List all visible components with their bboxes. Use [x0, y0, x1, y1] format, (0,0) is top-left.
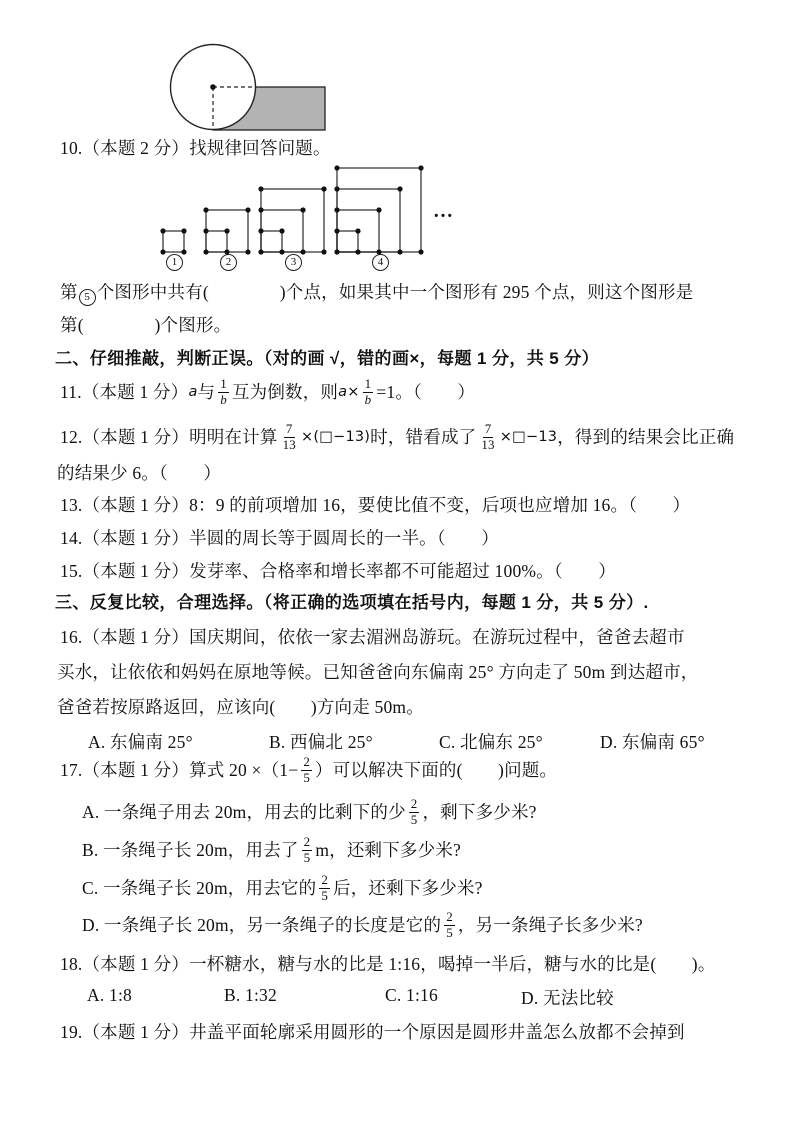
- q12-fraction-1: 713: [281, 422, 298, 453]
- q12-math-expression-1: ×(□−13): [301, 426, 370, 448]
- q17-option-b-tail: m，还剩下多少米?: [315, 839, 461, 861]
- q11-frac2-denominator: b: [363, 393, 374, 408]
- q17-optd-numerator: 2: [444, 910, 455, 926]
- circled-5: 5: [79, 289, 96, 306]
- figure-label-3-text: 3: [291, 257, 297, 268]
- q11-text-1: 与: [198, 381, 216, 403]
- q11-variable-a: a: [188, 381, 197, 403]
- figure-label-1: 1: [166, 254, 183, 271]
- figure-label-2: 2: [220, 254, 237, 271]
- q17-option-c-fraction: 25: [319, 873, 330, 904]
- figure-label-3: 3: [285, 254, 302, 271]
- section-3-heading: 三、反复比较，合理选择。（将正确的选项填在括号内，每题 1 分，共 5 分）.: [55, 592, 649, 614]
- question-16-options: A. 东偏南 25° B. 西偏北 25° C. 北偏东 25° D. 东偏南 …: [88, 729, 705, 754]
- q11-text-2: 互为倒数，则: [232, 381, 338, 403]
- q17-option-c-tail: 后，还剩下多少米?: [333, 877, 483, 899]
- question-11: 11.（本题 1 分）a 与1b互为倒数，则 a×1b=1。（ ）: [60, 374, 475, 410]
- q17-option-b-fraction: 25: [302, 835, 313, 866]
- question-18-options: A. 1:8 B. 1:32 C. 1:16 D. 无法比较: [87, 985, 614, 1010]
- q17-fraction: 25: [301, 755, 312, 786]
- q17-optd-denominator: 5: [444, 926, 455, 941]
- q11-fraction-1: 1b: [218, 377, 229, 408]
- q17-option-a-tail: ，剩下多少米?: [422, 801, 536, 823]
- q12-frac2-numerator: 7: [483, 422, 494, 438]
- q11-frac1-numerator: 1: [218, 377, 229, 393]
- figure-label-4: 4: [372, 254, 389, 271]
- question-10-header: 10.（本题 2 分）找规律回答问题。: [60, 137, 331, 159]
- question-10-blank-line-1: 第5个图形中共有( )个点，如果其中一个图形有 295 个点，则这个图形是: [60, 281, 693, 306]
- question-12-line-1: 12.（本题 1 分）明明在计算713×(□−13)时，错看成了713×□−13…: [60, 419, 734, 455]
- q18-option-b: B. 1:32: [224, 985, 385, 1010]
- q17-option-b: B. 一条绳子长 20m，用去了25m，还剩下多少米?: [82, 832, 461, 868]
- q12-text-tail: ，得到的结果会比正确: [557, 426, 734, 448]
- q17-option-d-fraction: 25: [444, 910, 455, 941]
- q17-option-b-text: B. 一条绳子长 20m，用去了: [82, 839, 299, 861]
- q11-fraction-2: 1b: [363, 377, 374, 408]
- q17-option-d-text: D. 一条绳子长 20m，另一条绳子的长度是它的: [82, 914, 441, 936]
- q11-prefix: 11.（本题 1 分）: [60, 381, 188, 403]
- q11-times-sign: ×: [347, 381, 359, 403]
- question-14: 14.（本题 1 分）半圆的周长等于圆周长的一半。（ ）: [60, 527, 499, 549]
- q12-frac1-numerator: 7: [284, 422, 295, 438]
- question-13: 13.（本题 1 分）8：9 的前项增加 16，要使比值不变，后项也应增加 16…: [60, 494, 690, 516]
- q17-prefix: 17.（本题 1 分）算式 20 ×（1−: [60, 759, 298, 781]
- q17-option-d-tail: ，另一条绳子长多少米?: [458, 914, 643, 936]
- q17-option-a-text: A. 一条绳子用去 20m，用去的比剩下的少: [82, 801, 406, 823]
- circled-5-text: 5: [84, 292, 90, 303]
- question-18: 18.（本题 1 分）一杯糖水，糖与水的比是 1:16，喝掉一半后，糖与水的比是…: [60, 953, 716, 975]
- q18-option-d: D. 无法比较: [521, 985, 614, 1010]
- blank1-post-text: 个图形中共有( )个点，如果其中一个图形有 295 个点，则这个图形是: [97, 282, 694, 302]
- pattern-squares: [163, 168, 421, 252]
- question-16-line-3: 爸爸若按原路返回，应该向( )方向走 50m。: [57, 696, 424, 718]
- q11-frac2-numerator: 1: [363, 377, 374, 393]
- q12-frac2-denominator: 13: [479, 438, 496, 453]
- q16-option-b: B. 西偏北 25°: [269, 729, 439, 754]
- question-15: 15.（本题 1 分）发芽率、合格率和增长率都不可能超过 100%。（ ）: [60, 560, 616, 582]
- q16-option-a: A. 东偏南 25°: [88, 729, 269, 754]
- q17-opta-denominator: 5: [409, 813, 420, 828]
- q12-frac1-denominator: 13: [281, 438, 298, 453]
- section-2-heading: 二、仔细推敲，判断正误。（对的画 √，错的画×，每题 1 分，共 5 分）: [55, 348, 599, 370]
- pattern-continues-ellipsis: …: [433, 200, 454, 223]
- q11-suffix: =1。（ ）: [376, 381, 475, 403]
- q17-optb-denominator: 5: [302, 851, 313, 866]
- circle-rectangle-diagram: [168, 42, 328, 134]
- q11-variable-a-2: a: [338, 381, 347, 403]
- q12-text-middle: 时，错看成了: [370, 426, 476, 448]
- q17-option-c-text: C. 一条绳子长 20m，用去它的: [82, 877, 316, 899]
- question-17-header: 17.（本题 1 分）算式 20 ×（1−25）可以解决下面的( )问题。: [60, 752, 557, 788]
- exam-paper-page: 10.（本题 2 分）找规律回答问题。: [0, 0, 793, 1122]
- figure-label-2-text: 2: [226, 257, 232, 268]
- q18-option-c: C. 1:16: [385, 985, 521, 1010]
- q17-optb-numerator: 2: [302, 835, 313, 851]
- circle-overlap-rectangle-figure: [168, 42, 328, 134]
- q17-option-a: A. 一条绳子用去 20m，用去的比剩下的少25，剩下多少米?: [82, 794, 537, 830]
- q16-option-d: D. 东偏南 65°: [600, 729, 705, 754]
- q17-optc-denominator: 5: [319, 889, 330, 904]
- q18-option-a: A. 1:8: [87, 985, 224, 1010]
- q17-frac-denominator: 5: [301, 771, 312, 786]
- q17-suffix: ）可以解决下面的( )问题。: [315, 759, 557, 781]
- q16-option-c: C. 北偏东 25°: [439, 729, 600, 754]
- q17-option-c: C. 一条绳子长 20m，用去它的25后，还剩下多少米?: [82, 870, 483, 906]
- q12-math-expression-2: ×□−13: [500, 426, 557, 448]
- figure-label-1-text: 1: [172, 257, 178, 268]
- q17-opta-numerator: 2: [409, 797, 420, 813]
- q17-optc-numerator: 2: [319, 873, 330, 889]
- q12-prefix: 12.（本题 1 分）明明在计算: [60, 426, 278, 448]
- question-16-line-1: 16.（本题 1 分）国庆期间，依依一家去湄洲岛游玩。在游玩过程中，爸爸去超市: [60, 626, 685, 648]
- question-16-line-2: 买水，让依依和妈妈在原地等候。已知爸爸向东偏南 25° 方向走了 50m 到达超…: [57, 661, 699, 683]
- q17-frac-numerator: 2: [301, 755, 312, 771]
- q11-frac1-denominator: b: [218, 393, 229, 408]
- q17-option-d: D. 一条绳子长 20m，另一条绳子的长度是它的25，另一条绳子长多少米?: [82, 907, 643, 943]
- nested-squares-dot-diagram: [155, 164, 455, 260]
- dot-pattern-figure: 1 2 3 4 …: [155, 164, 465, 274]
- q17-option-a-fraction: 25: [409, 797, 420, 828]
- q12-fraction-2: 713: [479, 422, 496, 453]
- question-19: 19.（本题 1 分）井盖平面轮廓采用圆形的一个原因是圆形井盖怎么放都不会掉到: [60, 1021, 685, 1043]
- question-12-line-2: 的结果少 6。（ ）: [57, 462, 221, 484]
- blank1-pre-text: 第: [60, 282, 78, 302]
- question-10-blank-line-2: 第( )个图形。: [60, 314, 231, 336]
- circle-center-dot: [210, 84, 216, 90]
- figure-label-4-text: 4: [378, 257, 384, 268]
